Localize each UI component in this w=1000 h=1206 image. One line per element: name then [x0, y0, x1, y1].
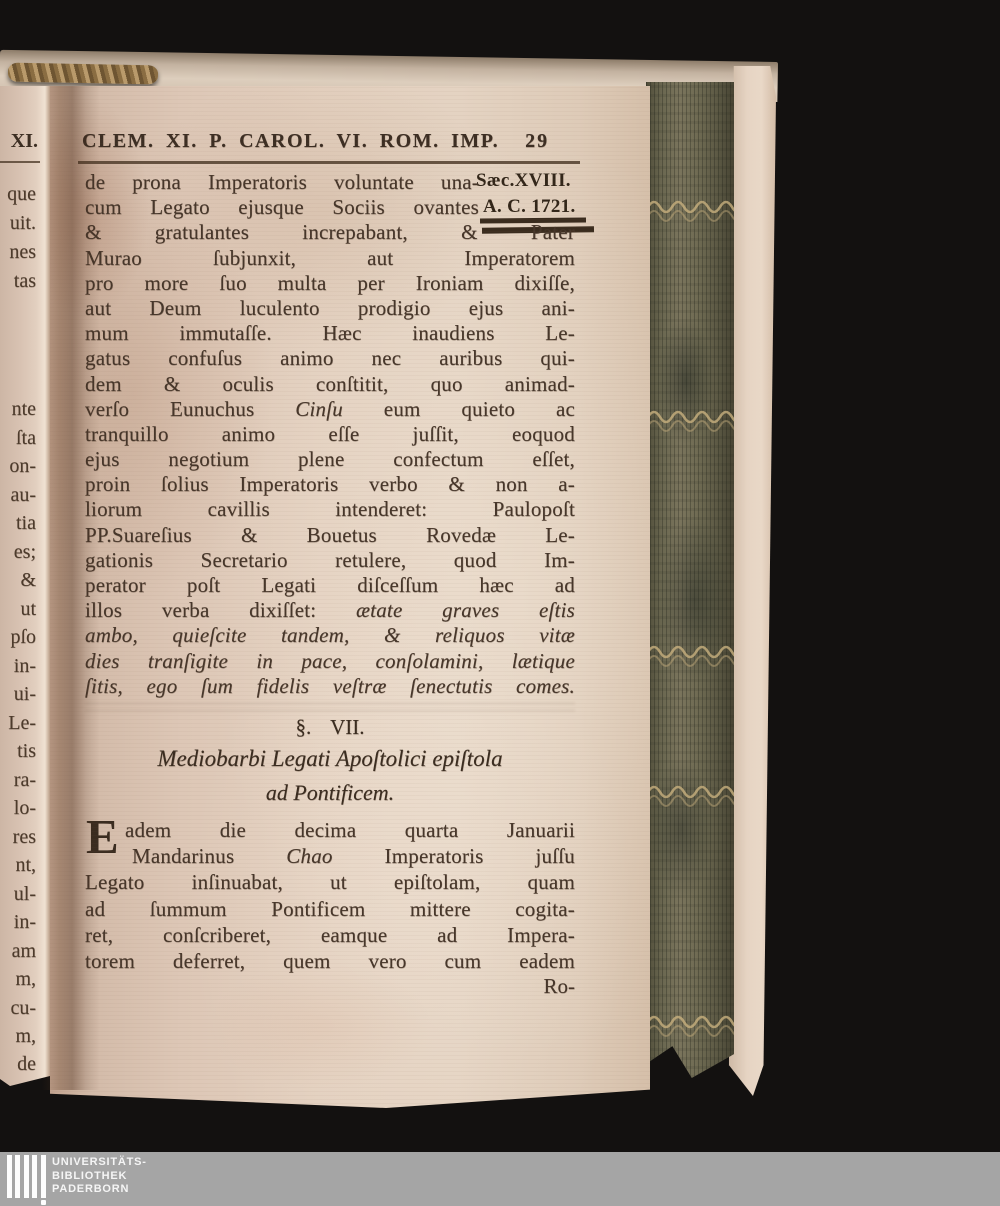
facing-page-text-fragment: Le- [8, 712, 36, 735]
facing-page-text-fragment: & [20, 569, 36, 592]
text-line: mum immutaſſe. Hæc inaudiens Le- [85, 321, 575, 346]
marbled-fore-edge [646, 82, 734, 1078]
facing-page-text-fragment: nte [12, 398, 36, 421]
facing-page-text-fragment: ut [20, 598, 36, 621]
facing-page-text-fragment: ra- [14, 769, 36, 792]
text-line: perator poſt Legati diſceſſum hæc ad [85, 573, 575, 598]
facing-page-text-fragment: m, [15, 968, 36, 991]
text-line: gatus confuſus animo nec auribus qui- [85, 346, 575, 371]
facing-page-text-fragment: uit. [10, 212, 36, 235]
book-headband [8, 63, 158, 85]
running-title: CLEM. XI. P. CAROL. VI. ROM. IMP. [82, 130, 499, 152]
paragraph-2: adem die decima quarta JanuariiMandarinu… [85, 818, 575, 975]
ink-showthrough [85, 698, 575, 712]
facing-page-text-fragment: in- [14, 911, 36, 934]
text-line: verſo Eunuchus Cinſu eum quieto ac [85, 397, 575, 422]
library-logo-bar [15, 1155, 20, 1198]
facing-page-text-fragment: au- [10, 484, 36, 507]
text-line: ambo, quieſcite tandem, & reliquos vitæ [85, 623, 575, 648]
text-line: PP.Suareſius & Bouetus Rovedæ Le- [85, 523, 575, 548]
text-line: tranquillo animo eſſe juſſit, eoquod [85, 422, 575, 447]
facing-page-text-fragment: es; [14, 541, 36, 564]
text-line: pro more ſuo multa per Ironiam dixiſſe, [85, 271, 575, 296]
facing-page-text-fragment: pſo [10, 626, 36, 649]
library-name-line-1: UNIVERSITÄTS- [52, 1156, 147, 1170]
library-logo-dot [41, 1200, 46, 1205]
scanned-book-photo: CLEM. XI. P. CAROL. VI. ROM. IMP.29 Sæc.… [0, 0, 1000, 1206]
text-line: ret, conſcriberet, eamque ad Impera- [85, 923, 575, 949]
text-line: ſitis, ego ſum fidelis veſtræ ſenectutis… [85, 674, 575, 699]
library-watermark-bar: UNIVERSITÄTS- BIBLIOTHEK PADERBORN [0, 1152, 1000, 1206]
text-line: Legato inſinuabat, ut epiſtolam, quam [85, 870, 575, 896]
facing-page-text-fragment: ui- [14, 683, 36, 706]
library-logo-bar [7, 1155, 12, 1198]
facing-page-text-fragment: nes [9, 241, 36, 264]
running-header: CLEM. XI. P. CAROL. VI. ROM. IMP.29 [82, 130, 627, 153]
facing-page-edge: XI. queuit.nestasnteſtaon-au-tiaes;&utpſ… [0, 86, 50, 1086]
text-line: de prona Imperatoris voluntate una- [85, 170, 575, 195]
facing-page-text-fragment: cu- [10, 997, 36, 1020]
facing-page-text-fragment: tis [17, 740, 36, 763]
library-name-line-3: PADERBORN [52, 1183, 147, 1197]
text-line: Mandarinus Chao Imperatoris juſſu [85, 844, 575, 870]
facing-page-text-fragment: nt, [15, 854, 36, 877]
section-title-line-1: Mediobarbi Legati Apoſtolici epiſtola [85, 746, 575, 772]
text-line: & gratulantes increpabant, & Pater [85, 220, 575, 245]
facing-page-text-fragment: in- [14, 655, 36, 678]
book-cover-edge [728, 66, 776, 1096]
facing-page-header-fragment: XI. [11, 130, 38, 153]
facing-page-text-fragment: ſta [16, 427, 36, 450]
facing-page-text-fragment: ul- [14, 883, 36, 906]
text-line: aut Deum luculento prodigio ejus ani- [85, 296, 575, 321]
text-line: proin ſolius Imperatoris verbo & non a- [85, 472, 575, 497]
marble-squiggles [646, 82, 734, 1078]
text-line: gationis Secretario retulere, quod Im- [85, 548, 575, 573]
text-line: dies tranſigite in pace, conſolamini, læ… [85, 649, 575, 674]
text-line: ejus negotium plene confectum eſſet, [85, 447, 575, 472]
facing-page-text-fragment: res [13, 826, 36, 849]
facing-page-text-fragment: de [17, 1053, 36, 1076]
facing-page-text-fragment: lo- [14, 797, 36, 820]
catchword: Ro- [85, 974, 575, 999]
library-logo-bar [32, 1155, 37, 1198]
book-page: CLEM. XI. P. CAROL. VI. ROM. IMP.29 Sæc.… [50, 86, 650, 1108]
section-mark: §. VII. [85, 715, 575, 740]
text-line: liorum cavillis intenderet: Paulopoſt [85, 497, 575, 522]
facing-page-text-fragment: m, [15, 1025, 36, 1048]
library-logo-bar [41, 1155, 46, 1198]
paragraph-1: de prona Imperatoris voluntate una-cum L… [85, 170, 575, 699]
facing-page-text-fragment: que [7, 183, 36, 206]
section-title-line-2: ad Pontificem. [85, 780, 575, 806]
text-line: Murao ſubjunxit, aut Imperatorem [85, 246, 575, 271]
text-line: dem & oculis conſtitit, quo animad- [85, 372, 575, 397]
facing-page-text-fragment: am [12, 940, 36, 963]
facing-page-text-fragment: tas [14, 270, 36, 293]
library-name-line-2: BIBLIOTHEK [52, 1170, 147, 1184]
text-line: cum Legato ejusque Sociis ovantes [85, 195, 575, 220]
library-logo-bar [24, 1155, 29, 1198]
text-line: ad ſummum Pontificem mittere cogita- [85, 897, 575, 923]
facing-page-header-rule [0, 161, 40, 163]
library-name: UNIVERSITÄTS- BIBLIOTHEK PADERBORN [52, 1156, 147, 1197]
facing-page-text-fragment: tia [16, 512, 36, 535]
page-number: 29 [525, 130, 549, 152]
text-line: adem die decima quarta Januarii [85, 818, 575, 844]
header-rule [78, 161, 580, 164]
facing-page-text-fragment: on- [9, 455, 36, 478]
text-line: torem deferret, quem vero cum eadem [85, 949, 575, 975]
text-line: illos verba dixiſſet: ætate graves eſtis [85, 598, 575, 623]
